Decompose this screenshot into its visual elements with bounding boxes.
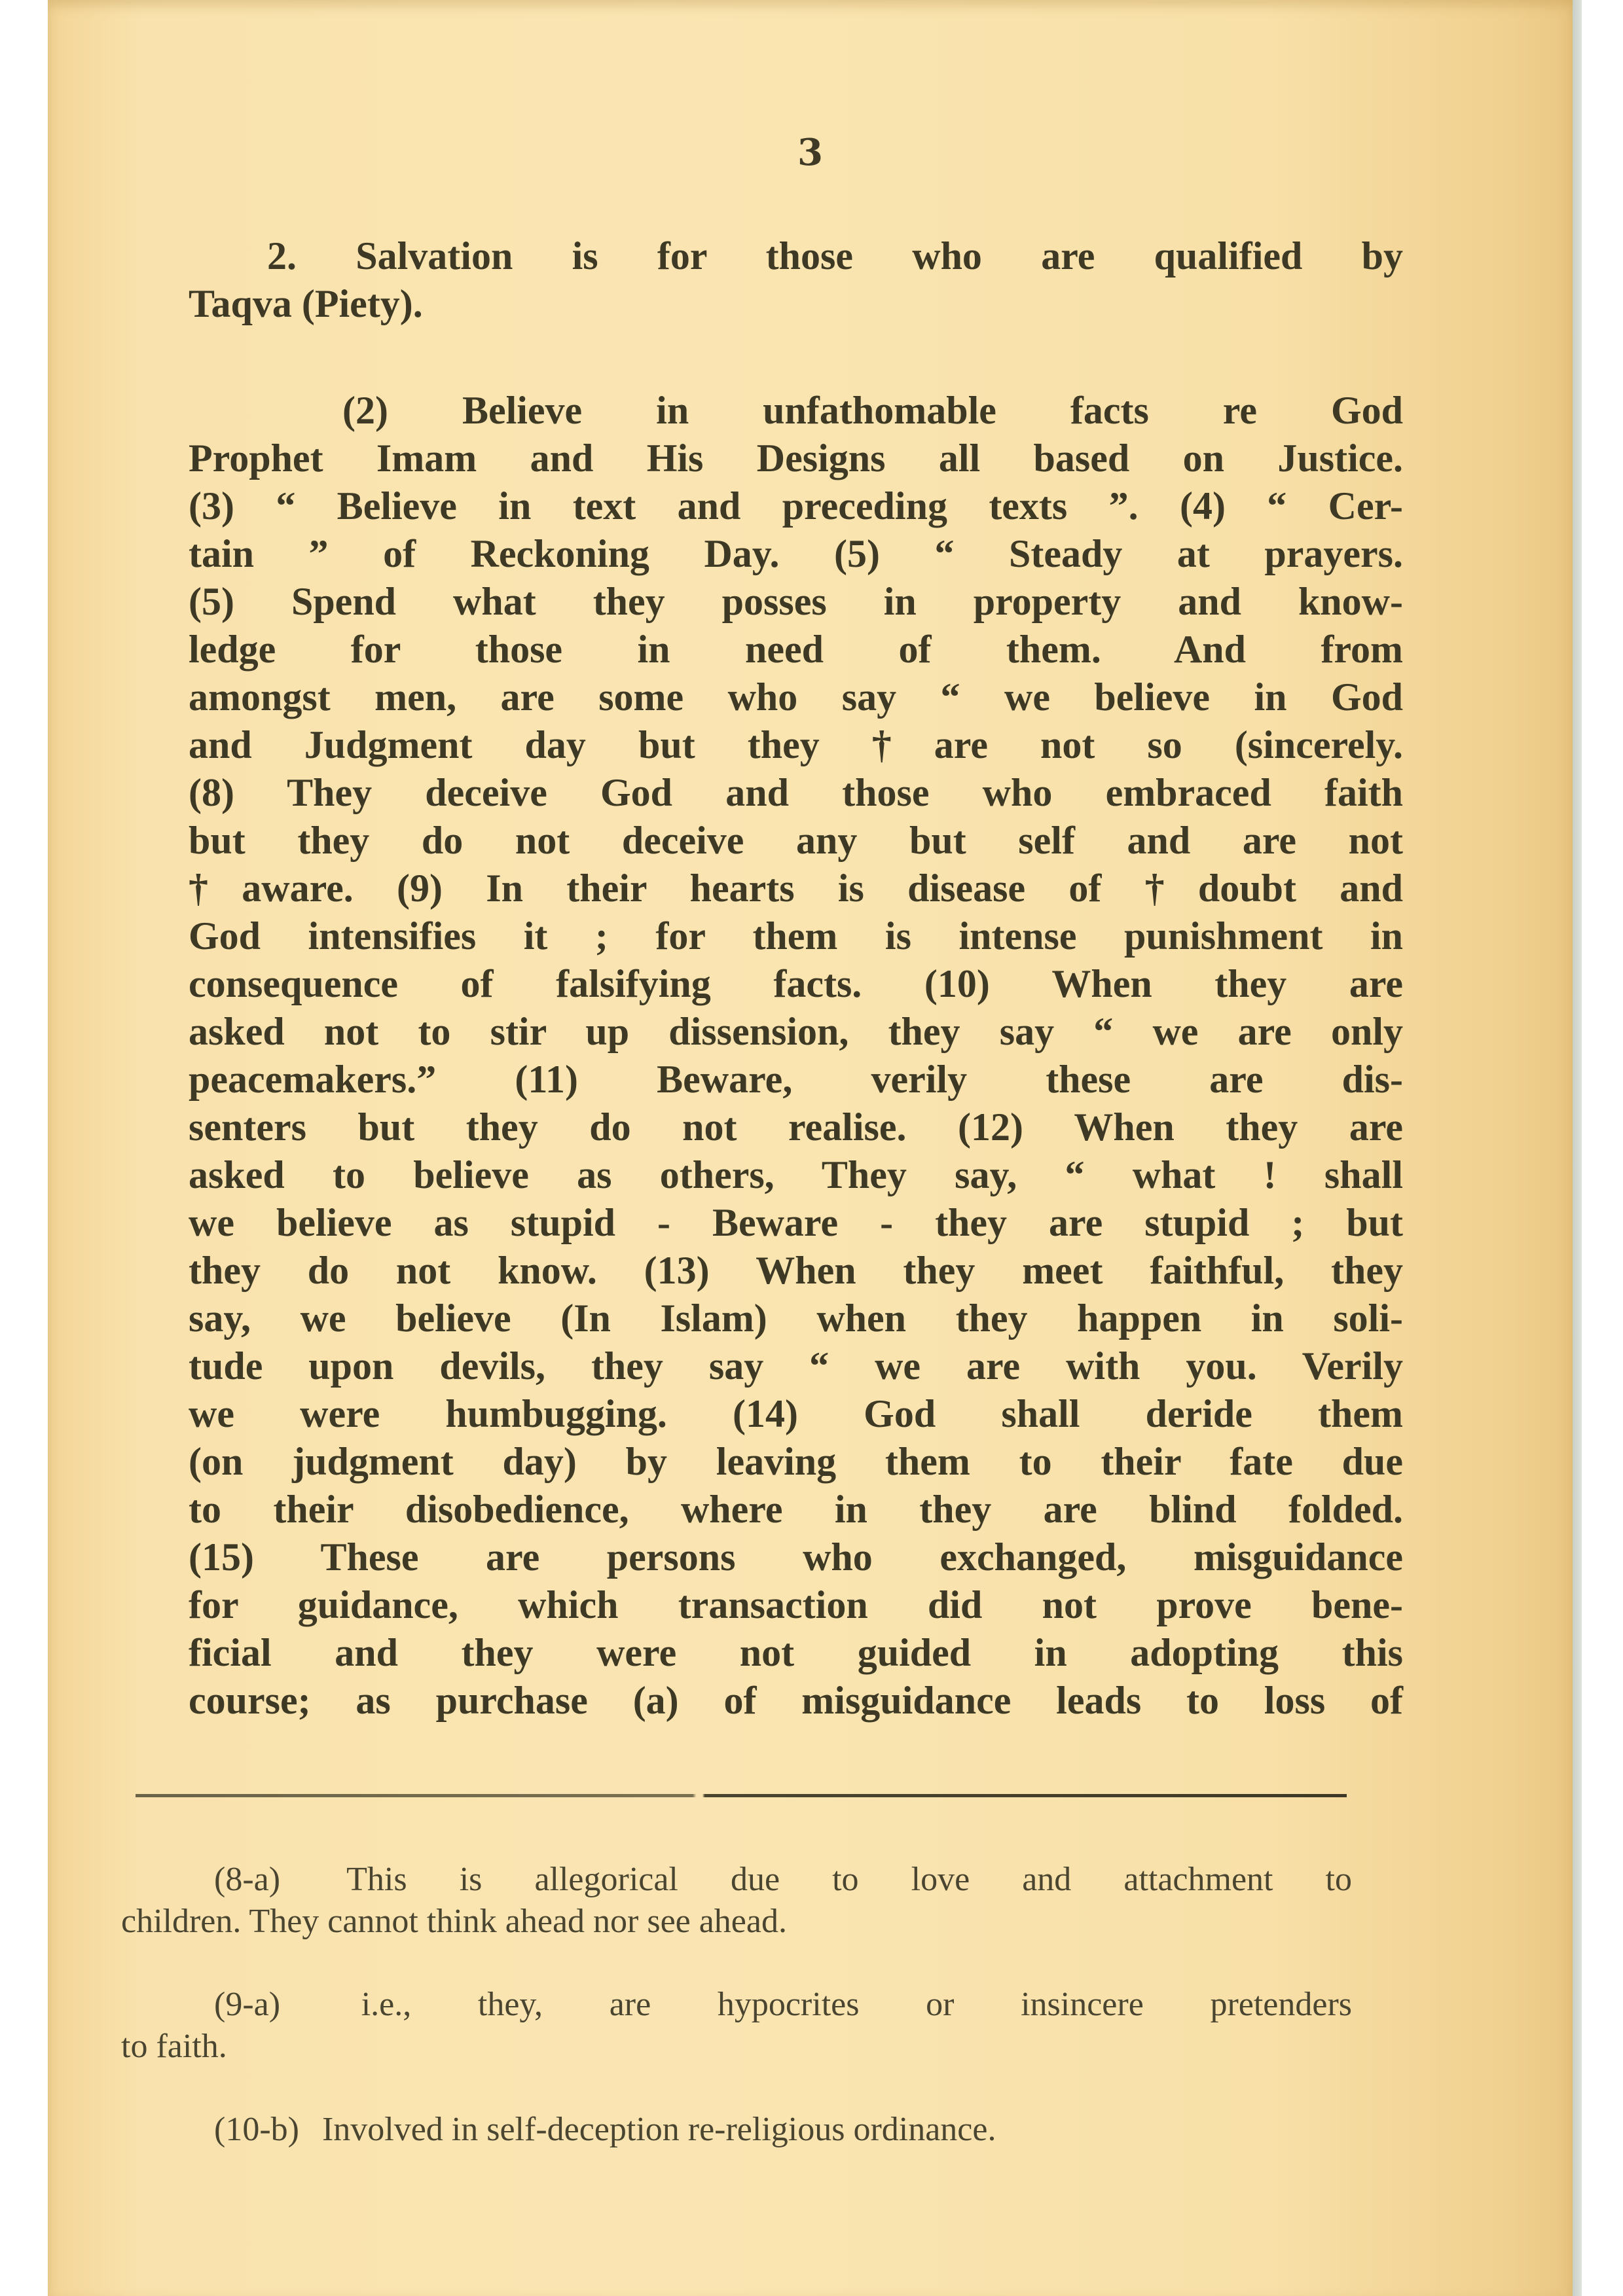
text-line: consequence of falsifying facts. (10) Wh…: [189, 960, 1403, 1008]
text-line: but they do not deceive any but self and…: [189, 817, 1403, 865]
footnote-line: (9-a) i.e., they, are hypocrites or insi…: [121, 1984, 1352, 2026]
text-line: ficial and they were not guided in adopt…: [189, 1629, 1403, 1677]
heading-line: Taqva (Piety).: [189, 280, 1403, 328]
text-line: we believe as stupid - Beware - they are…: [189, 1199, 1403, 1247]
footnote-text: i.e., they, are hypocrites or insincere …: [361, 1986, 1352, 2023]
text-line: asked not to stir up dissension, they sa…: [189, 1008, 1403, 1056]
text-line: they do not know. (13) When they meet fa…: [189, 1247, 1403, 1295]
text-line: (15) These are persons who exchanged, mi…: [189, 1534, 1403, 1581]
footnote-divider: [136, 1794, 1347, 1797]
text-line: say, we believe (In Islam) when they hap…: [189, 1295, 1403, 1342]
text-line: to their disobedience, where in they are…: [189, 1486, 1403, 1534]
text-line: (3) “ Believe in text and preceding text…: [189, 482, 1403, 530]
text-line: tain ” of Reckoning Day. (5) “ Steady at…: [189, 530, 1403, 578]
footnote-line: (10-b) Involved in self-deception re-rel…: [121, 2109, 1352, 2151]
footnote-ref: (8-a): [214, 1861, 280, 1898]
text-line: ledge for those in need of them. And fro…: [189, 626, 1403, 673]
text-line: (on judgment day) by leaving them to the…: [189, 1438, 1403, 1486]
scanned-page: 3 2. Salvation is for those who are qual…: [48, 0, 1573, 2296]
footnote-text: This is allegorical due to love and atta…: [346, 1861, 1352, 1898]
footnote-ref: (10-b): [214, 2111, 299, 2148]
footnote-line: (8-a) This is allegorical due to love an…: [121, 1859, 1352, 1901]
text-line: (5) Spend what they posses in property a…: [189, 578, 1403, 626]
text-line: amongst men, are some who say “ we belie…: [189, 673, 1403, 721]
text-line: senters but they do not realise. (12) Wh…: [189, 1103, 1403, 1151]
text-line: (8) They deceive God and those who embra…: [189, 769, 1403, 817]
footnotes: (8-a) This is allegorical due to love an…: [121, 1859, 1352, 2192]
text-line: tude upon devils, they say “ we are with…: [189, 1342, 1403, 1390]
footnote-10b: (10-b) Involved in self-deception re-rel…: [121, 2109, 1352, 2151]
text-line: asked to believe as others, They say, “ …: [189, 1151, 1403, 1199]
text-line: and Judgment day but they †are not so (s…: [189, 721, 1403, 769]
body-text: 2. Salvation is for those who are qualif…: [189, 232, 1403, 1725]
text-line: Prophet Imam and His Designs all based o…: [189, 435, 1403, 482]
footnote-line: children. They cannot think ahead nor se…: [121, 1901, 1352, 1943]
text-line: we were humbugging. (14) God shall derid…: [189, 1390, 1403, 1438]
text-line: (2) Believe in unfathomable facts re God: [189, 387, 1403, 435]
footnote-8a: (8-a) This is allegorical due to love an…: [121, 1859, 1352, 1943]
text-line: course; as purchase (a) of misguidance l…: [189, 1677, 1403, 1725]
footnote-text: Involved in self-deception re-religious …: [322, 2111, 996, 2148]
main-paragraph: (2) Believe in unfathomable facts re God…: [189, 387, 1403, 1725]
section-heading: 2. Salvation is for those who are qualif…: [189, 232, 1403, 328]
text-line: God intensifies it ; for them is intense…: [189, 912, 1403, 960]
footnote-line: to faith.: [121, 2026, 1352, 2068]
page-edge: [1573, 0, 1582, 2296]
heading-line: 2. Salvation is for those who are qualif…: [189, 232, 1403, 280]
page-number: 3: [48, 131, 1573, 174]
footnote-ref: (9-a): [214, 1986, 280, 2023]
footnote-9a: (9-a) i.e., they, are hypocrites or insi…: [121, 1984, 1352, 2068]
text-line: peacemakers.” (11) Beware, verily these …: [189, 1056, 1403, 1103]
text-line: for guidance, which transaction did not …: [189, 1581, 1403, 1629]
text-line: †aware. (9) In their hearts is disease o…: [189, 865, 1403, 912]
